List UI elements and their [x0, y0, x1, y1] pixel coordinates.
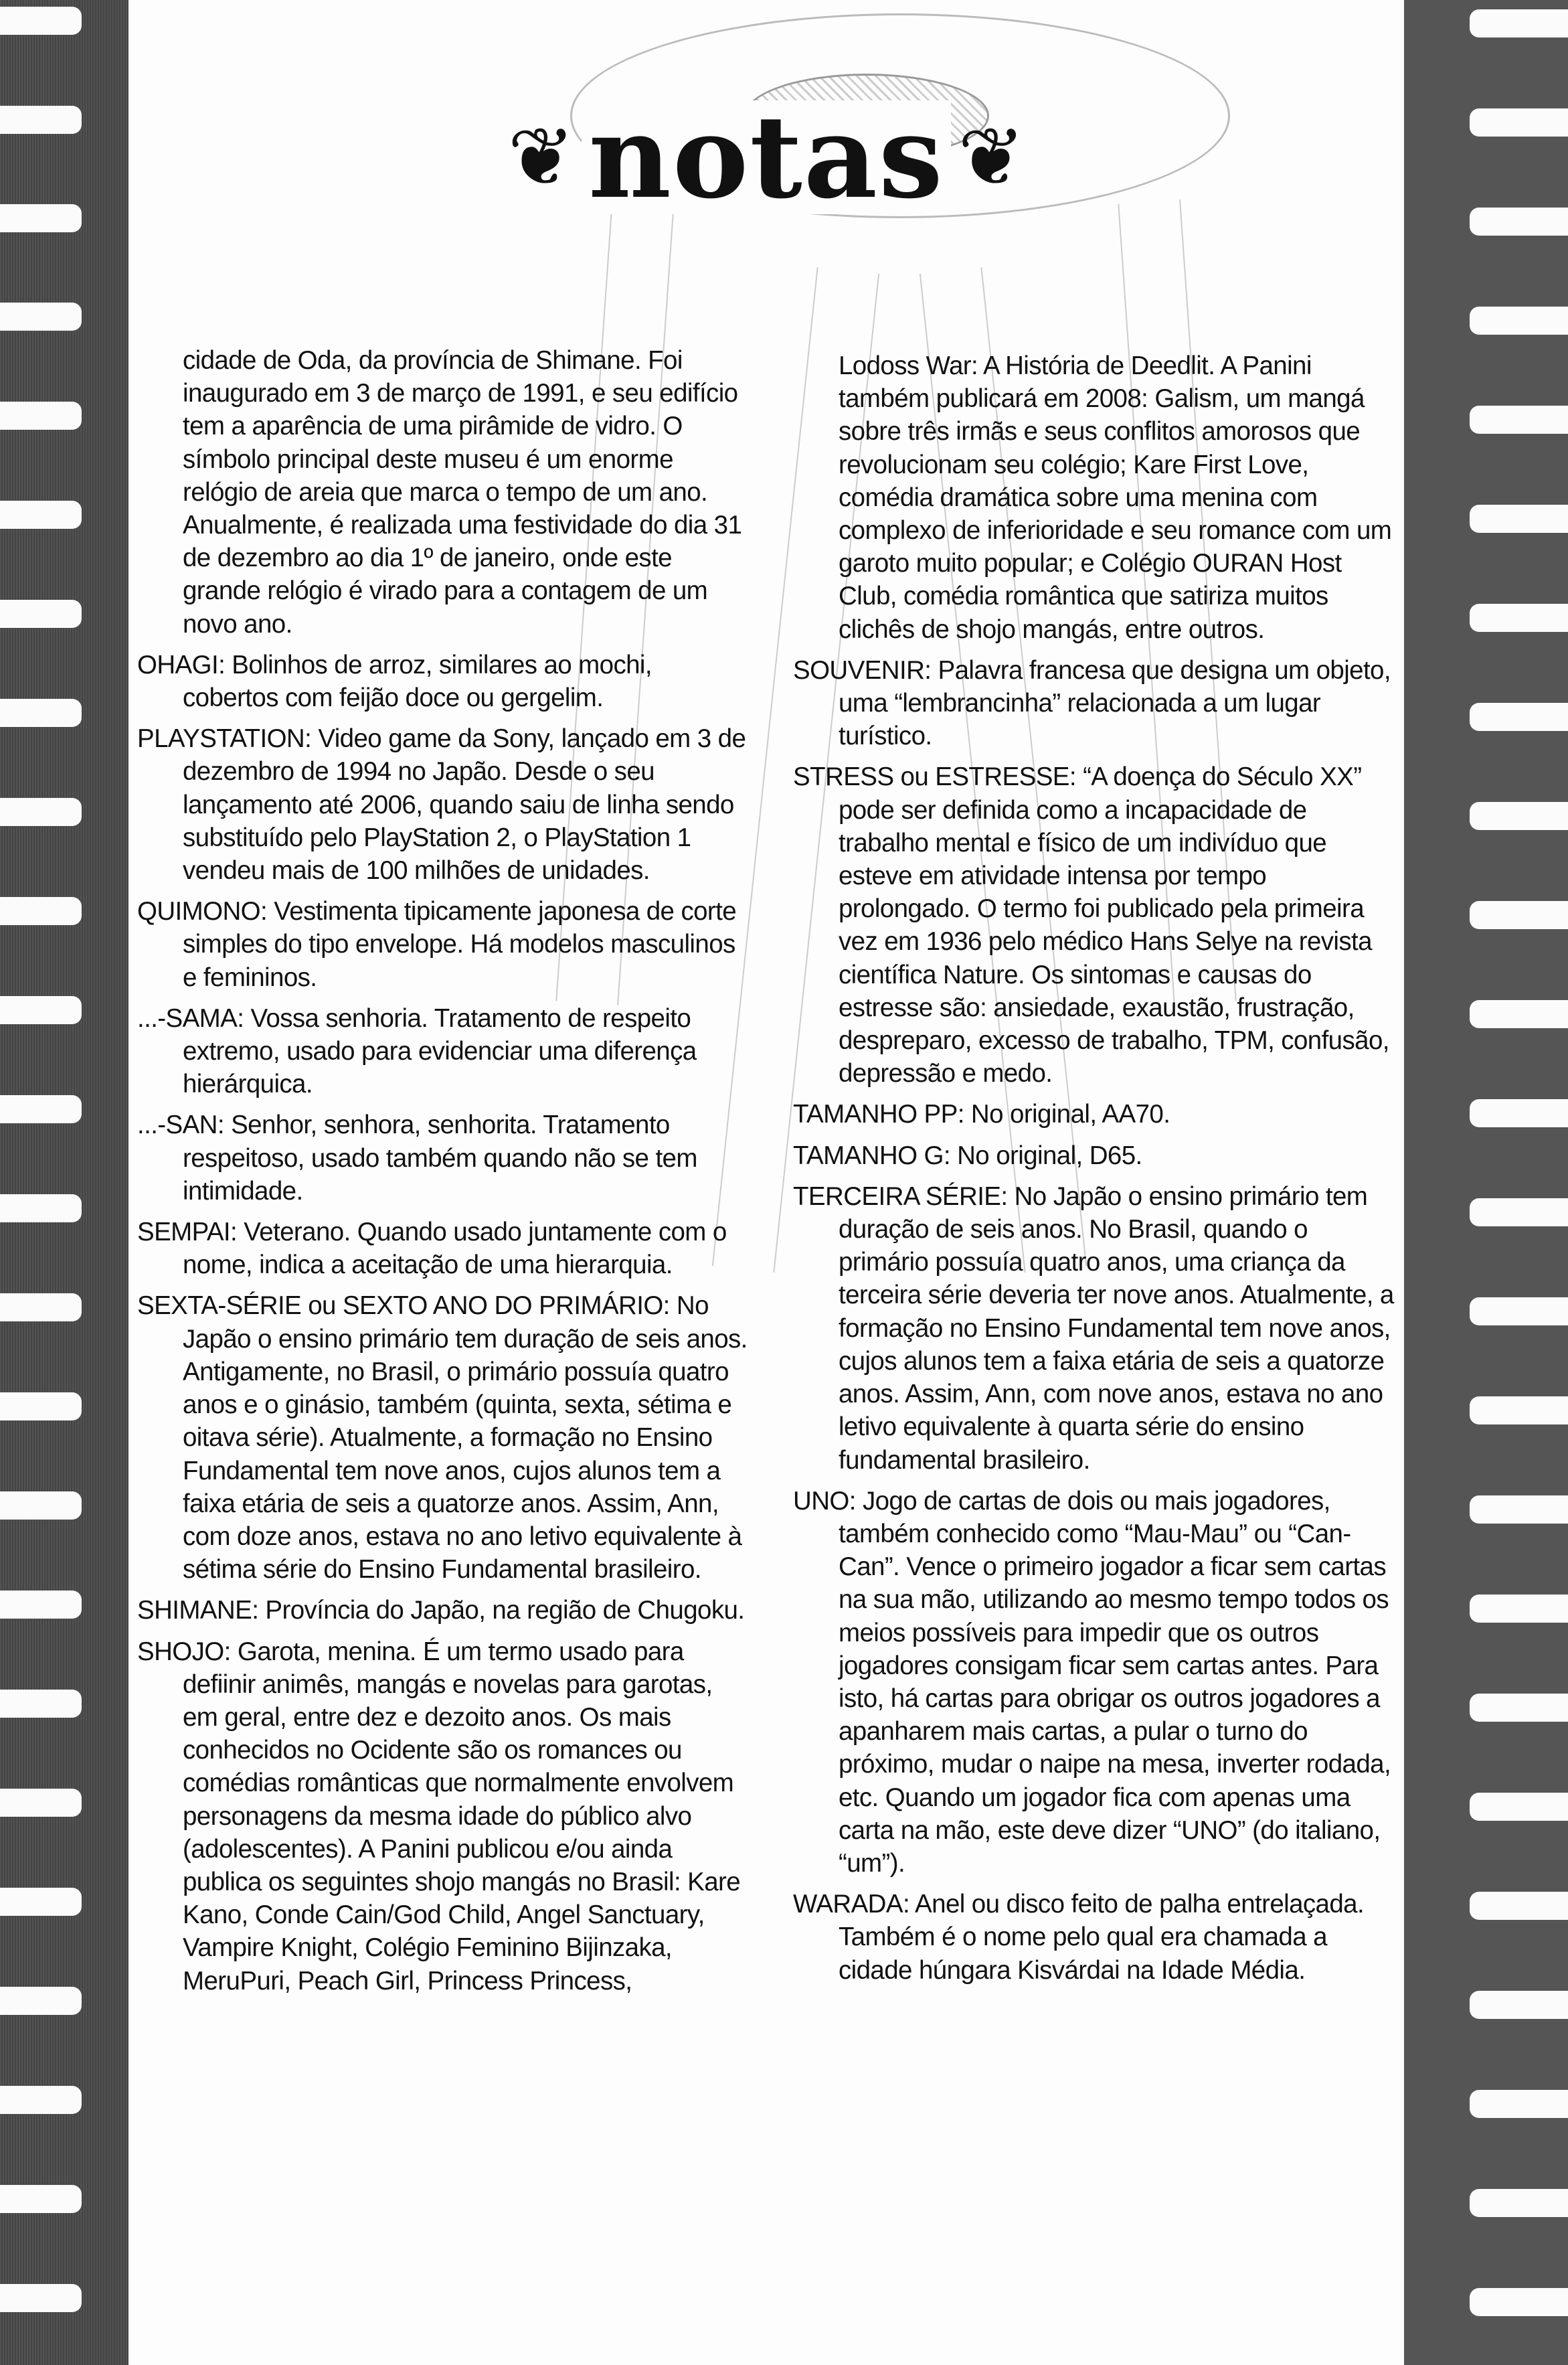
- flourish-ornament-icon: ❦: [958, 117, 1025, 197]
- entry-term: PLAYSTATION:: [137, 724, 311, 753]
- glossary-entry-sama: ...-SAMA: Vossa senhoria. Tratamento de …: [137, 1002, 750, 1101]
- sprocket-hole: [1470, 208, 1568, 236]
- sprocket-hole: [1470, 1595, 1568, 1623]
- sprocket-hole: [1470, 1694, 1568, 1722]
- entry-term: SHIMANE:: [137, 1596, 258, 1625]
- entry-definition: Anel ou disco feito de palha entrelaçada…: [839, 1890, 1364, 1984]
- entry-definition: Garota, menina. É um termo usado para de…: [183, 1637, 740, 1995]
- entry-term: SEMPAI:: [137, 1218, 237, 1246]
- sprocket-hole: [0, 699, 82, 727]
- entry-definition: Senhor, senhora, senhorita. Tratamento r…: [183, 1111, 697, 1205]
- glossary-entry-uno: UNO: Jogo de cartas de dois ou mais joga…: [793, 1485, 1395, 1880]
- sprocket-hole: [0, 1591, 82, 1619]
- entry-term: ...-SAMA:: [137, 1004, 244, 1033]
- entry-term: UNO:: [793, 1487, 856, 1516]
- sprocket-hole: [1470, 1793, 1568, 1821]
- sprocket-hole: [1470, 1892, 1568, 1920]
- glossary-entry-tamanho-g: TAMANHO G: No original, D65.: [793, 1139, 1395, 1172]
- glossary-entry-tamanho-pp: TAMANHO PP: No original, AA70.: [793, 1098, 1395, 1131]
- sprocket-hole: [0, 1293, 82, 1321]
- sprocket-hole: [0, 798, 82, 826]
- sprocket-hole: [0, 600, 82, 628]
- sprocket-hole: [0, 2086, 82, 2114]
- sprocket-hole: [0, 303, 82, 331]
- entry-term: TAMANHO PP:: [793, 1100, 964, 1129]
- sprocket-hole: [1470, 406, 1568, 434]
- glossary-entry-quimono: QUIMONO: Vestimenta tipicamente japonesa…: [137, 895, 750, 994]
- sprocket-hole: [0, 7, 82, 35]
- sprocket-hole: [0, 1888, 82, 1916]
- entry-term: ...-SAN:: [137, 1111, 224, 1139]
- sprocket-hole: [1470, 9, 1568, 37]
- sprocket-hole: [1470, 703, 1568, 731]
- sprocket-hole: [1470, 505, 1568, 533]
- entry-term: STRESS ou ESTRESSE:: [793, 762, 1076, 791]
- sprocket-hole: [1470, 1991, 1568, 2019]
- glossary-entry-ohagi: OHAGI: Bolinhos de arroz, similares ao m…: [137, 649, 750, 714]
- glossary-entry-warada: WARADA: Anel ou disco feito de palha ent…: [793, 1888, 1395, 1987]
- right-column: Lodoss War: A História de Deedlit. A Pan…: [793, 349, 1395, 1995]
- sprocket-hole: [0, 2185, 82, 2213]
- entry-definition: Bolinhos de arroz, similares ao mochi, c…: [183, 651, 652, 712]
- film-strip-left: [0, 0, 128, 2365]
- sprocket-hole: [1470, 108, 1568, 137]
- entry-definition: “A doença do Século XX” pode ser definid…: [839, 762, 1389, 1088]
- left-column: cidade de Oda, da província de Shimane. …: [137, 344, 750, 2006]
- entry-term: TAMANHO G:: [793, 1141, 950, 1170]
- sprocket-hole: [1470, 802, 1568, 830]
- sprocket-hole: [1470, 1495, 1568, 1524]
- sprocket-hole: [1470, 1099, 1568, 1127]
- sprocket-hole: [0, 897, 82, 925]
- entry-definition: Veterano. Quando usado juntamente com o …: [183, 1218, 727, 1279]
- sprocket-hole: [1470, 2189, 1568, 2217]
- sprocket-hole: [0, 1392, 82, 1420]
- sprocket-hole: [0, 1987, 82, 2015]
- notes-page: ❦ notas ❦ cidade de Oda, da província de…: [128, 0, 1404, 2365]
- sprocket-hole: [0, 402, 82, 430]
- sprocket-hole: [1470, 2288, 1568, 2316]
- entry-term: SOUVENIR:: [793, 656, 931, 685]
- entry-definition: Vossa senhoria. Tratamento de respeito e…: [183, 1004, 697, 1098]
- entry-definition: No original, D65.: [957, 1141, 1142, 1170]
- glossary-entry-sexta-serie: SEXTA-SÉRIE ou SEXTO ANO DO PRIMÁRIO: No…: [137, 1289, 750, 1586]
- glossary-entry-sempai: SEMPAI: Veterano. Quando usado juntament…: [137, 1216, 750, 1281]
- sprocket-hole: [1470, 2090, 1568, 2118]
- flourish-ornament-icon: ❦: [507, 117, 575, 197]
- sprocket-hole: [0, 204, 82, 232]
- glossary-entry-souvenir: SOUVENIR: Palavra francesa que designa u…: [793, 654, 1395, 753]
- entry-term: SHOJO:: [137, 1637, 231, 1666]
- entry-term: QUIMONO:: [137, 897, 267, 926]
- sprocket-hole: [1470, 1297, 1568, 1325]
- entry-term: SEXTA-SÉRIE ou SEXTO ANO DO PRIMÁRIO:: [137, 1291, 670, 1320]
- glossary-entry-shojo: SHOJO: Garota, menina. É um termo usado …: [137, 1635, 750, 1997]
- entry-definition: No Japão o ensino primário tem duração d…: [183, 1291, 748, 1584]
- continued-entry: Lodoss War: A História de Deedlit. A Pan…: [793, 349, 1395, 646]
- sprocket-hole: [1470, 307, 1568, 335]
- sprocket-hole: [1470, 1396, 1568, 1424]
- sprocket-hole: [1470, 1000, 1568, 1028]
- sprocket-hole: [0, 996, 82, 1024]
- entry-term: WARADA:: [793, 1890, 909, 1919]
- entry-definition: Jogo de cartas de dois ou mais jogadores…: [839, 1487, 1391, 1878]
- film-strip-right: [1404, 0, 1568, 2365]
- sprocket-hole: [0, 1491, 82, 1520]
- sprocket-hole: [0, 1194, 82, 1222]
- entry-term: TERCEIRA SÉRIE:: [793, 1182, 1007, 1211]
- sprocket-hole: [0, 1095, 82, 1123]
- sprocket-hole: [0, 106, 82, 134]
- glossary-entry-playstation: PLAYSTATION: Video game da Sony, lançado…: [137, 722, 750, 887]
- glossary-entry-stress: STRESS ou ESTRESSE: “A doença do Século …: [793, 760, 1395, 1090]
- entry-definition: No Japão o ensino primário tem duração d…: [839, 1182, 1394, 1475]
- glossary-entry-shimane: SHIMANE: Província do Japão, na região d…: [137, 1594, 750, 1627]
- sprocket-hole: [0, 501, 82, 529]
- page-title: ❦ notas ❦: [128, 100, 1404, 214]
- sprocket-hole: [0, 1789, 82, 1817]
- entry-definition: Província do Japão, na região de Chugoku…: [265, 1596, 744, 1625]
- entry-term: OHAGI:: [137, 651, 225, 679]
- glossary-entry-terceira-serie: TERCEIRA SÉRIE: No Japão o ensino primár…: [793, 1180, 1395, 1477]
- sprocket-hole: [1470, 901, 1568, 929]
- sprocket-hole: [1470, 1198, 1568, 1226]
- continued-entry: cidade de Oda, da província de Shimane. …: [137, 344, 750, 641]
- glossary-entry-san: ...-SAN: Senhor, senhora, senhorita. Tra…: [137, 1109, 750, 1208]
- sprocket-hole: [1470, 604, 1568, 632]
- title-text: notas: [582, 100, 950, 214]
- entry-definition: No original, AA70.: [971, 1100, 1170, 1129]
- sprocket-hole: [0, 1690, 82, 1718]
- sprocket-hole: [0, 2284, 82, 2312]
